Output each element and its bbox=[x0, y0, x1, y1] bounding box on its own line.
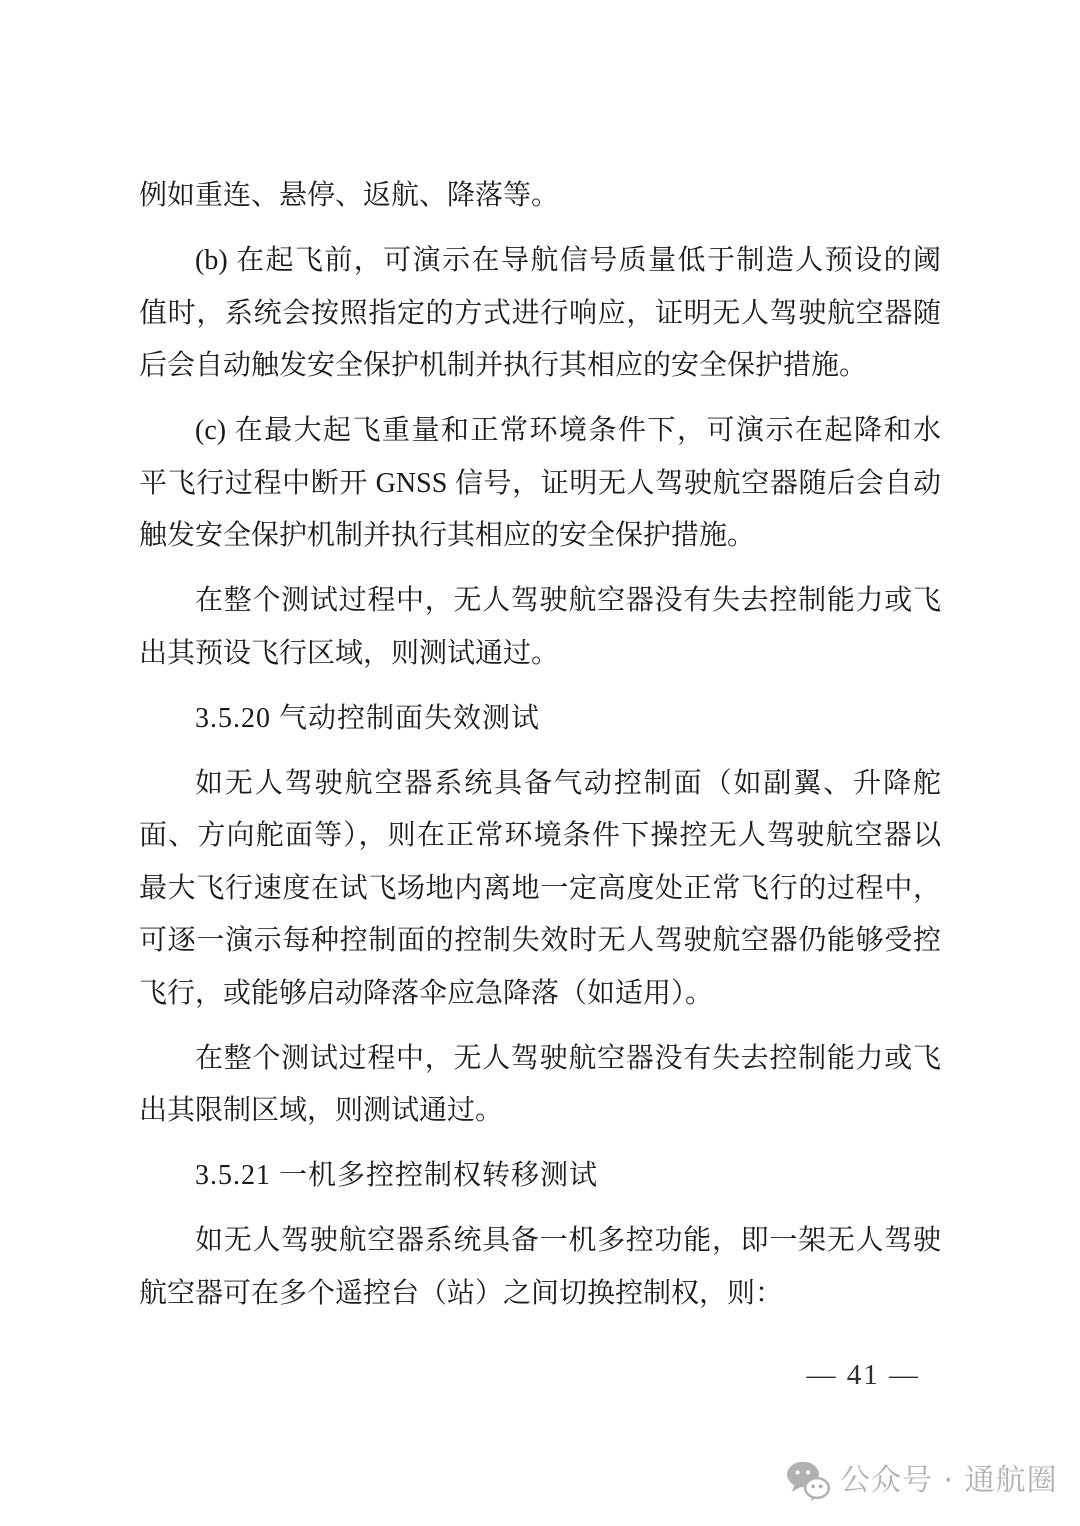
paragraph: (c) 在最大起飞重量和正常环境条件下，可演示在起降和水 平飞行过程中断开 GN… bbox=[139, 405, 941, 563]
paragraph: 如无人驾驶航空器系统具备一机多控功能，即一架无人驾驶 航空器可在多个遥控台（站）… bbox=[139, 1215, 941, 1320]
text-line: 如无人驾驶航空器系统具备气动控制面（如副翼、升降舵 bbox=[139, 758, 941, 811]
wechat-icon bbox=[786, 1461, 830, 1501]
text-line: 出其限制区域，则测试通过。 bbox=[139, 1085, 941, 1138]
document-body: 例如重连、悬停、返航、降落等。 (b) 在起飞前，可演示在导航信号质量低于制造人… bbox=[139, 170, 941, 1320]
paragraph: 如无人驾驶航空器系统具备气动控制面（如副翼、升降舵 面、方向舵面等），则在正常环… bbox=[139, 758, 941, 1021]
text-line: 平飞行过程中断开 GNSS 信号，证明无人驾驶航空器随后会自动 bbox=[139, 458, 941, 511]
text-line: (c) 在最大起飞重量和正常环境条件下，可演示在起降和水 bbox=[139, 405, 941, 458]
text-line: 在整个测试过程中，无人驾驶航空器没有失去控制能力或飞 bbox=[139, 575, 941, 628]
section-heading: 3.5.21 一机多控控制权转移测试 bbox=[139, 1150, 941, 1203]
paragraph: 例如重连、悬停、返航、降落等。 bbox=[139, 170, 941, 223]
text-line: (b) 在起飞前，可演示在导航信号质量低于制造人预设的阈 bbox=[139, 235, 941, 288]
paragraph: 在整个测试过程中，无人驾驶航空器没有失去控制能力或飞 出其预设飞行区域，则测试通… bbox=[139, 575, 941, 680]
text-line: 例如重连、悬停、返航、降落等。 bbox=[139, 170, 941, 223]
paragraph: (b) 在起飞前，可演示在导航信号质量低于制造人预设的阈 值时，系统会按照指定的… bbox=[139, 235, 941, 393]
text-line: 后会自动触发安全保护机制并执行其相应的安全保护措施。 bbox=[139, 340, 941, 393]
watermark: 公众号 · 通航圈 bbox=[786, 1461, 1058, 1501]
text-line: 出其预设飞行区域，则测试通过。 bbox=[139, 628, 941, 681]
watermark-text: 公众号 · 通航圈 bbox=[840, 1461, 1058, 1501]
text-line: 如无人驾驶航空器系统具备一机多控功能，即一架无人驾驶 bbox=[139, 1215, 941, 1268]
heading-line: 3.5.20 气动控制面失效测试 bbox=[139, 693, 941, 746]
text-line: 航空器可在多个遥控台（站）之间切换控制权，则： bbox=[139, 1268, 941, 1321]
text-line: 飞行，或能够启动降落伞应急降落（如适用）。 bbox=[139, 968, 941, 1021]
text-line: 在整个测试过程中，无人驾驶航空器没有失去控制能力或飞 bbox=[139, 1033, 941, 1086]
text-line: 面、方向舵面等），则在正常环境条件下操控无人驾驶航空器以 bbox=[139, 810, 941, 863]
heading-line: 3.5.21 一机多控控制权转移测试 bbox=[139, 1150, 941, 1203]
document-page: 例如重连、悬停、返航、降落等。 (b) 在起飞前，可演示在导航信号质量低于制造人… bbox=[0, 0, 1080, 1526]
paragraph: 在整个测试过程中，无人驾驶航空器没有失去控制能力或飞 出其限制区域，则测试通过。 bbox=[139, 1033, 941, 1138]
text-line: 值时，系统会按照指定的方式进行响应，证明无人驾驶航空器随 bbox=[139, 288, 941, 341]
section-heading: 3.5.20 气动控制面失效测试 bbox=[139, 693, 941, 746]
page-number: — 41 — bbox=[807, 1357, 921, 1393]
text-line: 触发安全保护机制并执行其相应的安全保护措施。 bbox=[139, 510, 941, 563]
text-line: 最大飞行速度在试飞场地内离地一定高度处正常飞行的过程中， bbox=[139, 863, 941, 916]
text-line: 可逐一演示每种控制面的控制失效时无人驾驶航空器仍能够受控 bbox=[139, 915, 941, 968]
